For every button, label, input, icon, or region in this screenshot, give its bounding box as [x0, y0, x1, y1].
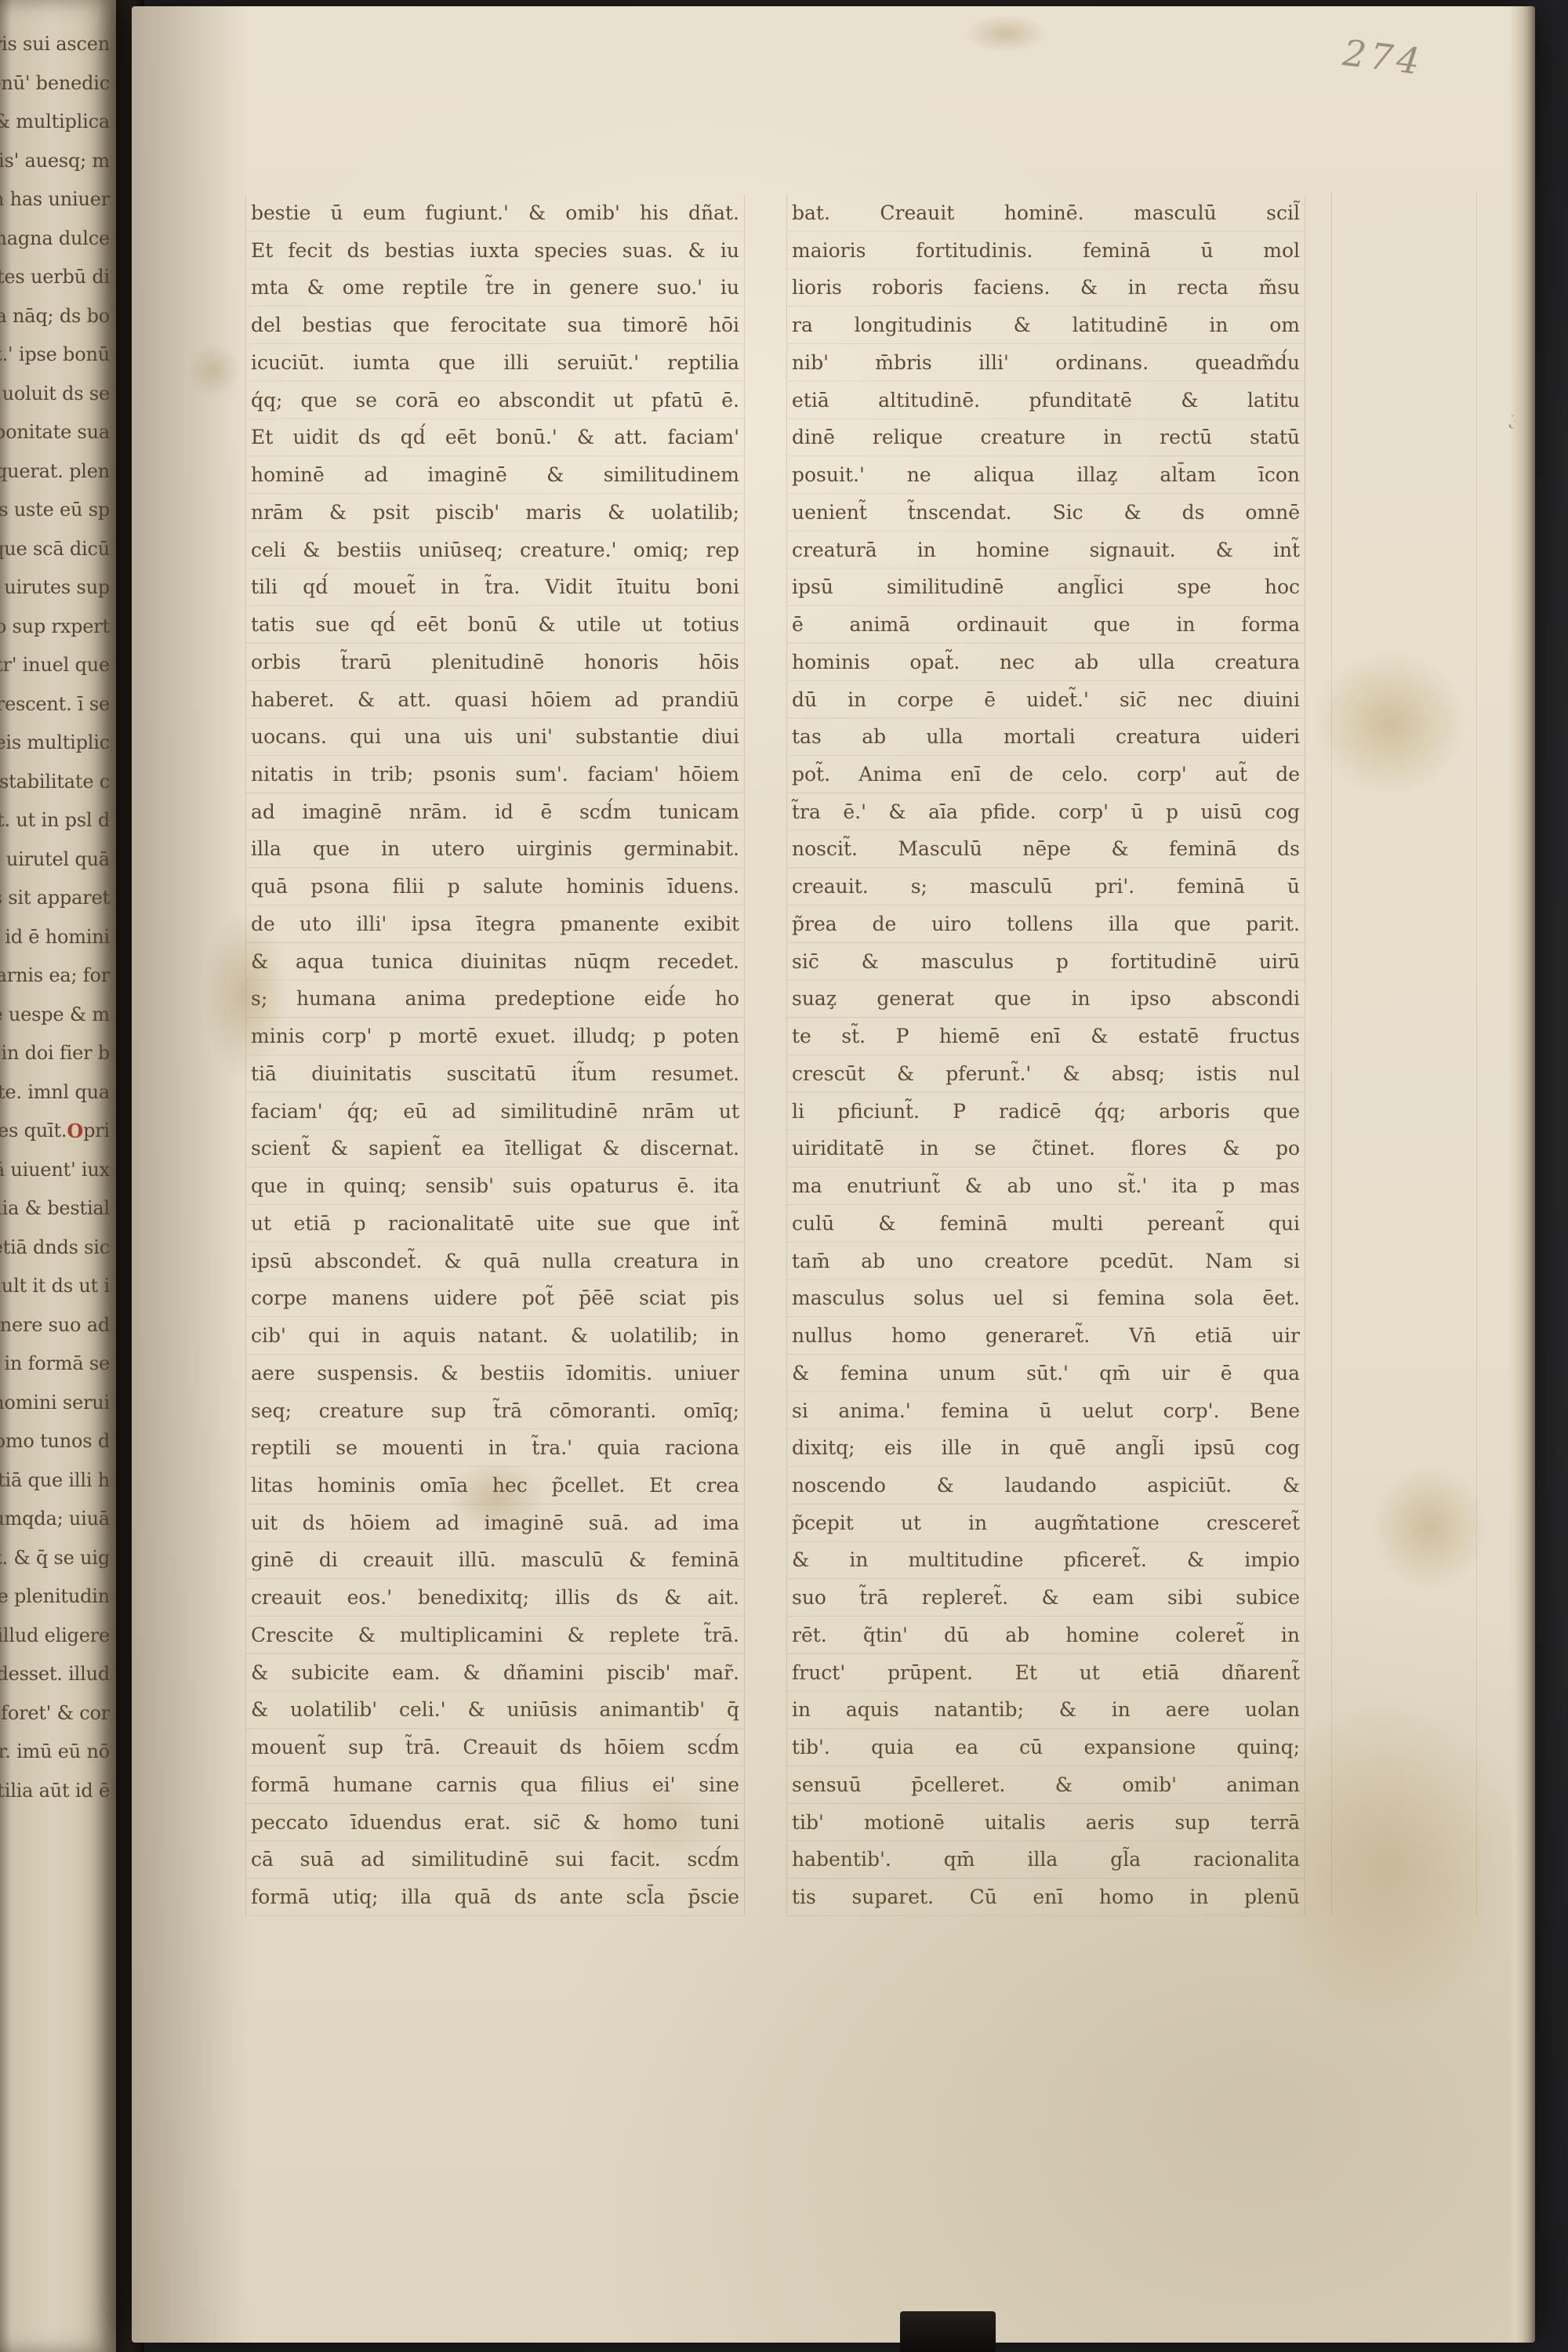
text-line: uiriditatē in se c̃tinet. flores & po: [787, 1130, 1305, 1167]
text-line: dū in corpe ē uidet̃.' sic̄ nec diuini: [787, 681, 1305, 719]
text-line: maioris fortitudinis. feminā ū mol: [787, 232, 1305, 270]
text-line: tatis sue qd́ eēt bonū & utile ut totius: [246, 606, 744, 644]
text-line: nib' m̄bris illi' ordinans. queadm̃d́u: [787, 344, 1305, 382]
text-line: qd̄ eēt bonū' benedic: [0, 64, 116, 103]
text-line: sic̄ & masculus p fortitudinē uirū: [787, 943, 1305, 981]
text-line: ē animā ordinauit que in forma: [787, 606, 1305, 644]
text-line: crescūt & pferunt̃.' & absq; istis nul: [787, 1055, 1305, 1093]
text-line: hominis opat̃. nec ab ulla creatura: [787, 644, 1305, 681]
text-line: ipsū abscondet̃. & quā nulla creatura in: [246, 1243, 744, 1280]
text-line: sensuū p̄celleret. & omib' animan: [787, 1766, 1305, 1804]
text-line: noscit̃. Masculū nēpe & feminā ds: [787, 830, 1305, 868]
text-line: te st̃. P hiemē enī & estatē fructus: [787, 1018, 1305, 1055]
text-line: uas maris' auesq; m: [0, 142, 116, 181]
text-line: suaz̧ generat que in ipso abscondi: [787, 980, 1305, 1018]
text-line: & aqua tunica diuinitas nūqm recedet.: [246, 943, 744, 981]
text-line: es qui in istabilitate c: [0, 763, 116, 802]
text-line: s. Et factū ē uespe & m: [0, 996, 116, 1035]
text-line: orbis t̃rarū plenitudinē honoris hōis: [246, 644, 744, 681]
text-line: in aquis natantib; & in aere uolan: [787, 1691, 1305, 1729]
text-line: ma in ipso sup rxpert: [0, 608, 116, 647]
text-line: habentib'. qm̄ illa gl̃a racionalita: [787, 1841, 1305, 1878]
text-line: pdictū ē in doi fier b: [0, 1034, 116, 1073]
text-line: ipsū similitudinē angl̃ici spe hoc: [787, 568, 1305, 606]
text-line: del bestias que ferocitate sua timorē hō…: [246, 307, 744, 344]
text-line: uit ds hōiem ad imaginē suā. ad ima: [246, 1504, 744, 1542]
text-line: quā psona filii p salute hominis īduens.: [246, 868, 744, 906]
text-line: ut etiā p racionalitatē uite sue que int…: [246, 1205, 744, 1243]
stain: [187, 343, 241, 398]
text-line: q́q; que se corā eo abscondit ut pfatū ē…: [246, 382, 744, 419]
text-line: li pficiunt̃. P radicē q́q; arboris que: [787, 1093, 1305, 1131]
text-line: p̃rea de uiro tollens illa que parit.: [787, 906, 1305, 943]
text-line: icio quinte. imnl qua: [0, 1073, 116, 1112]
text-line: a repleant. ut in psl d: [0, 801, 116, 840]
text-line: posuit.' ne aliqua illaz̧ alt̄am īcon: [787, 456, 1305, 494]
text-line: ta in eis magna dulce: [0, 220, 116, 259]
text-line: dinē relique creature in rectū statū: [787, 419, 1305, 456]
stain: [1312, 649, 1468, 798]
text-line: tis suparet. Cū enī homo in plenū: [787, 1878, 1305, 1916]
text-line: icuciūt. iumta que illi seruiūt.' reptil…: [246, 344, 744, 382]
text-line: creauit eos.' benedixitq; illis ds & ait…: [246, 1579, 744, 1617]
stain: [1370, 1465, 1488, 1590]
text-line: rē creauit.' ipse bonū: [0, 336, 116, 375]
stain: [963, 14, 1049, 53]
text-line: litas hominis omīa hec p̃cellet. Et crea: [246, 1467, 744, 1504]
text-line: sit mitas carnis ea; for: [0, 956, 116, 996]
text-line: haberet. & att. quasi hōiem ad prandiū: [246, 681, 744, 719]
text-line: seq; creature sup t̃rā cōmoranti. omīq;: [246, 1392, 744, 1430]
text-line: cib' qui in aquis natant. & uolatilib; i…: [246, 1317, 744, 1355]
manuscript-page: 274 bestie ū eum fugiunt.' & omib' his d…: [132, 6, 1535, 2343]
text-line: & subicite eam. & dñamini piscib' mar̃.: [246, 1654, 744, 1692]
text-line: er. ita ut illud eligere: [0, 1617, 116, 1656]
text-line: bat. Creauit hominē. masculū scil̃: [787, 194, 1305, 232]
text-line: nitatis in trib; psonis sum'. faciam' hō…: [246, 756, 744, 793]
text-line: scient̃ & sapient̃ ea ītelligat & discer…: [246, 1130, 744, 1167]
text-line: sup tram id ē homini: [0, 918, 116, 957]
text-line: etiā altitudinē. pfunditatē & latitu: [787, 382, 1305, 419]
binding-tab: [900, 2311, 996, 2352]
text-line: minis corp' p mortē exuet. illudq; p pot…: [246, 1018, 744, 1055]
text-line: ut dies quīt. O pri: [0, 1112, 116, 1151]
text-line: uenient̃ t̃nscendat. Sic & ds omnē: [787, 494, 1305, 532]
text-line: tib'. quia ea cū expansione quinq;: [787, 1729, 1305, 1766]
text-line: Vidit in has uniuer: [0, 180, 116, 220]
text-line: ubo suo uult it ds ut i: [0, 1267, 116, 1306]
text-line: & in multitudine pficeret̃. & impio: [787, 1541, 1305, 1579]
text-line: faciam' q́q; eū ad similitudinē nrām ut: [246, 1093, 744, 1131]
page-edge-stack: [1508, 6, 1535, 2343]
text-line: git. Quia nāq; ds bo: [0, 297, 116, 336]
text-line: creaturā in homine signauit. & int̃: [787, 532, 1305, 569]
text-line: nita que homini serui: [0, 1384, 116, 1423]
text-line: fruct' prūpent. Et ut etiā dñarent̃: [787, 1654, 1305, 1692]
text-line: aere suspensis. & bestiis īdomitis. uniu…: [246, 1355, 744, 1392]
text-line: si anima.' femina ū uelut corp'. Bene: [787, 1392, 1305, 1430]
text-line: lenus fwer. imū eū nō: [0, 1733, 116, 1772]
text-line: p̃cepit ut in augm̃tatione cresceret̃: [787, 1504, 1305, 1542]
ruling-line: [1331, 191, 1332, 1915]
text-line: mouent̃ sup t̃rā. Creauit ds hōiem scd́m: [246, 1729, 744, 1766]
text-line: sibi cōtriū foret' & cor: [0, 1694, 116, 1733]
text-line: pot̃. Anima enī de celo. corp' aut̃ de: [787, 756, 1305, 793]
text-line: dine generis sui ascen: [0, 25, 116, 64]
text-line: de uto illi' ipsa ītegra pmanente exibit: [246, 906, 744, 943]
text-line: peccato īduendus erat. sic̄ & homo tuni: [246, 1804, 744, 1842]
text-line: entia in genere suo ad: [0, 1306, 116, 1345]
text-line: reptili se mouenti in t̃ra.' quia racion…: [246, 1429, 744, 1467]
text-line: tam̄ ab uno creatore pcedūt. Nam si: [787, 1243, 1305, 1280]
text-line: sua sibi pdesset. illud: [0, 1655, 116, 1694]
text-line: Et uidit ds qd́ eēt bonū.' & att. faciam…: [246, 419, 744, 456]
text-line: formā humane carnis qua filius ei' sine: [246, 1766, 744, 1804]
text-line: ndit. idq; uirutes sup: [0, 568, 116, 608]
text-line: bestie ū eum fugiunt.' & omib' his dñat.: [246, 194, 744, 232]
text-line: e fortioles uirutel quā: [0, 840, 116, 880]
text-line: celi & bestiis uniūseq; creature.' omiq;…: [246, 532, 744, 569]
text-line: formā utiq; illa quā ds ante scl̄a p̄sci…: [246, 1878, 744, 1916]
text-line: tib' motionē uitalis aeris sup terrā: [787, 1804, 1305, 1842]
text-line: masculus solus uel si femina sola ēet.: [787, 1279, 1305, 1317]
text-line: ra longitudinis & latitudinē in om: [787, 307, 1305, 344]
manuscript-photo: { "page": { "folio_number": "274", "pen_…: [0, 0, 1568, 2352]
text-line: rēt. q̃tin' dū ab homine coleret̃ in: [787, 1617, 1305, 1654]
text-line: a & reptilia & bestial: [0, 1189, 116, 1229]
text-line: lioris roboris faciens. & in recta m̃su: [787, 269, 1305, 307]
text-line: ipsū psert. que scā dicū: [0, 530, 116, 569]
text-line: rescere & multiplica: [0, 103, 116, 142]
text-line: t. qui in bonitate sua: [0, 413, 116, 452]
folio-number: 274: [1341, 31, 1426, 83]
text-line: dixitq; eis ille in quē angl̃i ipsū cog: [787, 1429, 1305, 1467]
text-line: opatus ē' uoluit ds se: [0, 375, 116, 414]
text-column-left: bestie ū eum fugiunt.' & omib' his dñat.…: [245, 194, 745, 1916]
text-line: mta & ome reptile t̃re in genere suo.' i…: [246, 269, 744, 307]
text-line: tiā diuinitatis suscitatū it̃um resumet.: [246, 1055, 744, 1093]
text-line: t animalia in formā se: [0, 1345, 116, 1384]
text-line: cā suā ad similitudinē sui facit. scd́m: [246, 1841, 744, 1878]
text-line: corpe manens uidere pot̃ p̄ēē sciat pis: [246, 1279, 744, 1317]
text-line: nullus homo generaret̃. Vn̄ etiā uir: [787, 1317, 1305, 1355]
text-line: sui habent. & q̄ se uig: [0, 1539, 116, 1578]
text-line: suo t̃rā repleret̃. & eam sibi subice: [787, 1579, 1305, 1617]
text-line: unguit. reptilia aūt id ē: [0, 1772, 116, 1811]
text-line: ad imaginē nrām. id ē scd́m tunicam: [246, 793, 744, 831]
text-line: ma enutriunt̃ & ab uno st̃.' ita p mas: [787, 1167, 1305, 1205]
text-line: illa que in utero uirginis germinabit.: [246, 830, 744, 868]
text-line: suas. hoc etiā dnds sic: [0, 1229, 116, 1268]
text-line: ira animā uiuent' iux: [0, 1151, 116, 1190]
text-line: creauit. s; masculū pri'. feminā ū: [787, 868, 1305, 906]
text-line: eo etiā ppls uste eū sp: [0, 491, 116, 530]
text-column-right: bat. Creauit hominē. masculū scil̃maiori…: [786, 194, 1305, 1916]
text-line: tas ab ulla mortali creatura uideri: [787, 718, 1305, 756]
text-line: in quib; homo tunos d: [0, 1422, 116, 1461]
text-line: que in quinq; sensib' suis opaturus ē. i…: [246, 1167, 744, 1205]
text-line: & uolatilib' celi.' & uniūsis animantib'…: [246, 1691, 744, 1729]
text-line: tili qd́ mouet̃ in t̃ra. Vidit ītuitu bo…: [246, 568, 744, 606]
text-line: ginē di creauit illū. masculū & feminā: [246, 1541, 744, 1579]
text-line: a adā reliquerat. plen: [0, 452, 116, 492]
text-line: homo omne plenitudin: [0, 1577, 116, 1617]
text-line: ie īcepuit crescent. ī se: [0, 685, 116, 724]
text-line: t̃ra ē.' & aīa pfide. corp' ū p uisū cog: [787, 793, 1305, 831]
text-line: r bestial etiā que illi h: [0, 1461, 116, 1501]
red-initial: O: [67, 1112, 83, 1151]
text-line: tas carnis sit apparet: [0, 879, 116, 918]
text-line: uocans. qui una uis uni' substantie diui: [246, 718, 744, 756]
text-line: Et fecit ds bestias iuxta species suas. …: [246, 232, 744, 270]
ruling-line: [1476, 191, 1477, 1915]
text-line: or opū in eis multiplic: [0, 724, 116, 763]
text-line: Crescite & multiplicamini & replete t̃rā…: [246, 1617, 744, 1654]
text-line: & femina unum sūt.' qm̄ uir ē qua: [787, 1355, 1305, 1392]
text-line: s; humana anima predeptione eid́e ho: [246, 980, 744, 1018]
text-line: li dicit. Istr' inuel que: [0, 646, 116, 685]
text-line: ipse uirutes uerbū di: [0, 258, 116, 297]
facing-page-edge: dine generis sui ascenqd̄ eēt bonū' bene…: [0, 0, 116, 2352]
text-line: ultarēt. iumqda; uiuā: [0, 1500, 116, 1539]
text-line: noscendo & laudando aspiciūt. &: [787, 1467, 1305, 1504]
text-line: hominē ad imaginē & similitudinem: [246, 456, 744, 494]
text-line: nrām & psit piscib' maris & uolatilib;: [246, 494, 744, 532]
text-line: culū & feminā multi pereant̃ qui: [787, 1205, 1305, 1243]
